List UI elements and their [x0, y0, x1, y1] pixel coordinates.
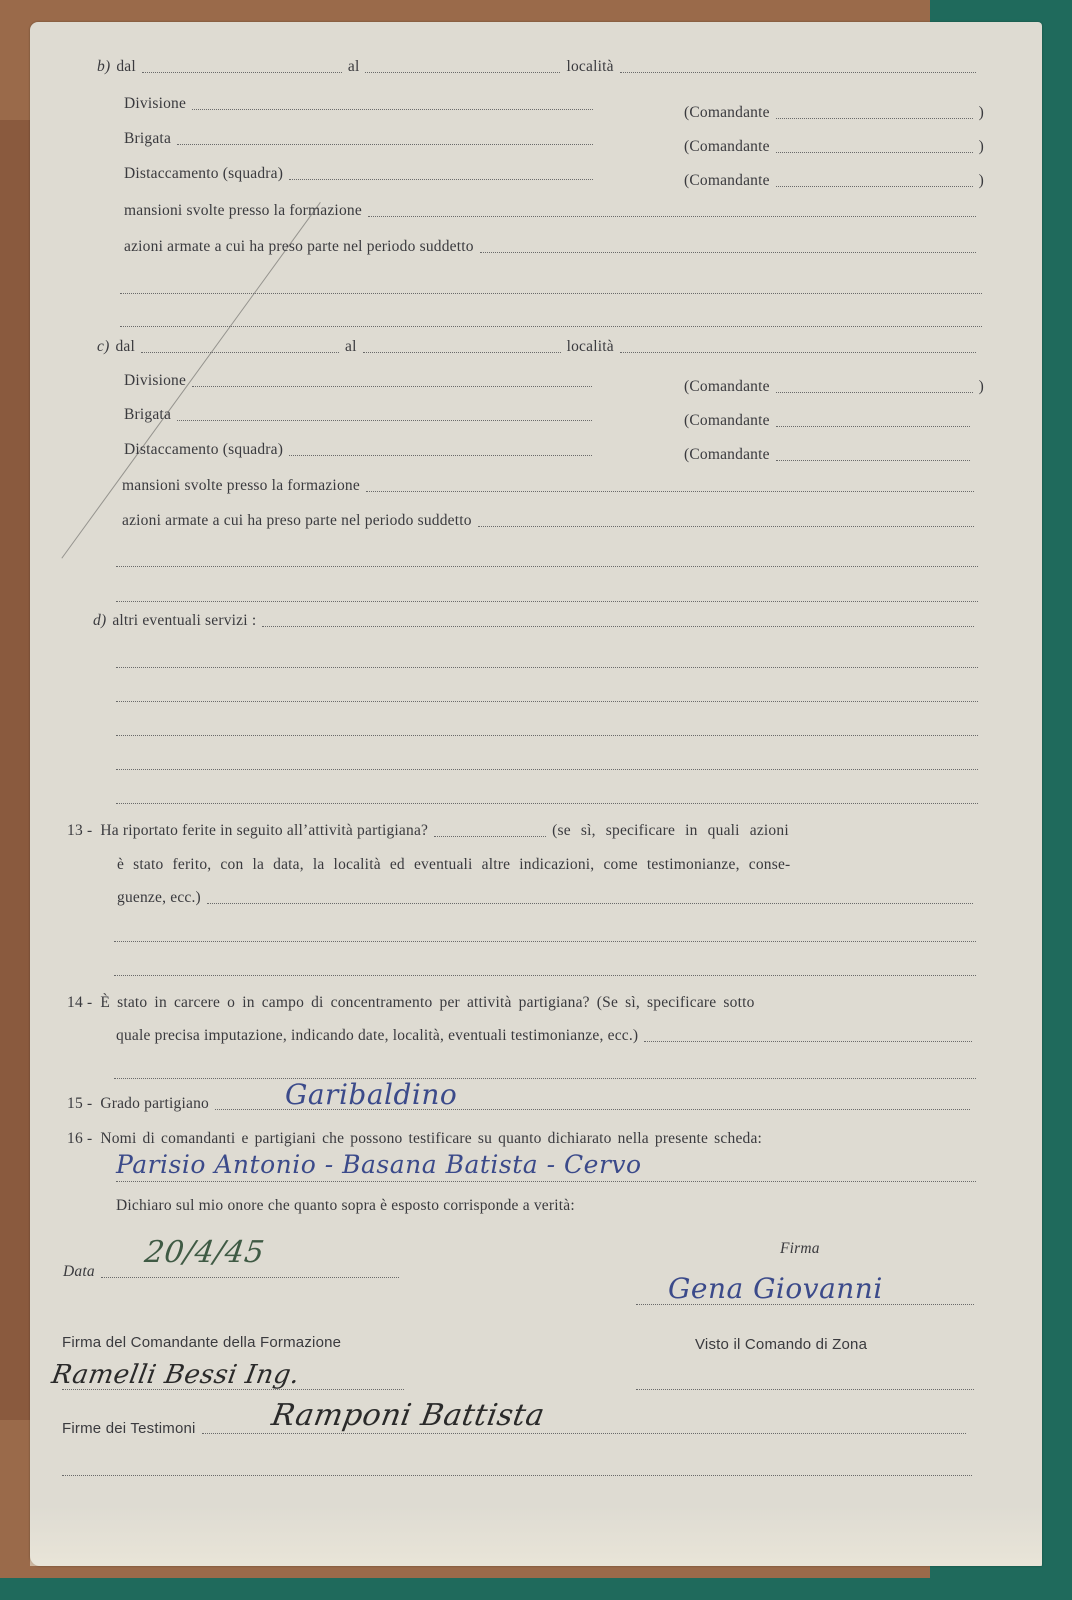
q16-answer-line[interactable]: [116, 1180, 976, 1182]
azioni-label: azioni armate a cui ha preso parte nel p…: [122, 512, 472, 530]
mansioni-label: mansioni svolte presso la formazione: [122, 477, 360, 495]
localita-label: località: [566, 58, 613, 76]
q13-question: Ha riportato ferite in seguito all’attiv…: [100, 822, 428, 840]
section-d-row: d) altri eventuali servizi :: [93, 612, 980, 630]
q16-number: 16 -: [67, 1130, 92, 1148]
data-handwritten-value: 20/4/45: [143, 1235, 267, 1270]
servizi-line[interactable]: [116, 666, 978, 668]
wooden-board-edge: [0, 120, 30, 1420]
section-c-mansioni-row: mansioni svolte presso la formazione: [122, 477, 980, 495]
section-b-period-row: b) dal al località: [97, 58, 982, 76]
q14-question: È stato in carcere o in campo di concent…: [100, 994, 754, 1012]
azioni-extra-line[interactable]: [120, 292, 982, 294]
azioni-extra-line[interactable]: [116, 600, 978, 602]
section-b-divisione-row: Divisione: [124, 95, 599, 113]
al-label: al: [348, 58, 360, 76]
azioni-label: azioni armate a cui ha preso parte nel p…: [124, 238, 474, 256]
section-b-brigata-row: Brigata: [124, 130, 599, 148]
azioni-extra-line[interactable]: [120, 325, 982, 327]
section-d-letter: d): [93, 612, 106, 630]
altri-servizi-field[interactable]: [262, 625, 974, 627]
firma-label: Firma: [780, 1240, 820, 1258]
q14-answer-field[interactable]: [644, 1040, 972, 1042]
testimoni-label: Firme dei Testimoni: [62, 1420, 196, 1437]
comandante-field[interactable]: [776, 391, 973, 393]
divisione-label: Divisione: [124, 372, 186, 390]
testimoni-signature: Ramponi Battista: [269, 1398, 547, 1433]
testimoni-extra-line[interactable]: [62, 1474, 972, 1476]
brigata-label: Brigata: [124, 130, 171, 148]
q13-number: 13 -: [67, 822, 92, 840]
q14-line2: quale precisa imputazione, indicando dat…: [116, 1027, 978, 1045]
mansioni-label: mansioni svolte presso la formazione: [124, 202, 362, 220]
q15-number: 15 -: [67, 1095, 92, 1113]
comandante-label: (Comandante: [684, 412, 770, 430]
azioni-extra-line[interactable]: [116, 565, 978, 567]
q16-handwritten-value: Parisio Antonio - Basana Batista - Cervo: [116, 1150, 642, 1179]
al-field[interactable]: [365, 71, 560, 73]
declaration-text: Dichiaro sul mio onore che quanto sopra …: [116, 1197, 575, 1215]
servizi-line[interactable]: [116, 802, 978, 804]
section-c-distaccamento-row: Distaccamento (squadra): [124, 441, 598, 459]
q13-extra-line[interactable]: [114, 940, 976, 942]
visto-label-row: Visto il Comando di Zona: [695, 1336, 867, 1353]
firma-handwritten-value: Gena Giovanni: [668, 1272, 883, 1305]
section-c-divisione-comandante: (Comandante ): [684, 378, 984, 396]
comandante-formazione-label: Firma del Comandante della Formazione: [62, 1334, 341, 1351]
comandante-field[interactable]: [776, 185, 973, 187]
section-b-distaccamento-comandante: (Comandante ): [684, 172, 984, 190]
divisione-field[interactable]: [192, 108, 593, 110]
azioni-field[interactable]: [480, 251, 976, 253]
section-c-period-row: c) dal al località: [97, 338, 982, 356]
close-paren: ): [979, 104, 984, 122]
q13-instructions-cont: è stato ferito, con la data, la località…: [117, 856, 790, 874]
section-c-azioni-row: azioni armate a cui ha preso parte nel p…: [122, 512, 980, 530]
al-field[interactable]: [363, 351, 561, 353]
q13-instructions-end: guenze, ecc.): [117, 889, 201, 907]
mansioni-field[interactable]: [368, 215, 976, 217]
divisione-field[interactable]: [192, 385, 592, 387]
comandante-field[interactable]: [776, 151, 973, 153]
comandante-formazione-label-row: Firma del Comandante della Formazione: [62, 1334, 341, 1351]
brigata-field[interactable]: [177, 419, 592, 421]
grado-label: Grado partigiano: [100, 1095, 209, 1113]
grado-handwritten-value: Garibaldino: [285, 1078, 457, 1111]
dal-label: dal: [115, 338, 135, 356]
comandante-field[interactable]: [776, 425, 970, 427]
dal-field[interactable]: [141, 351, 339, 353]
localita-field[interactable]: [620, 351, 976, 353]
dal-label: dal: [116, 58, 136, 76]
data-label: Data: [63, 1263, 95, 1281]
close-paren: ): [979, 378, 984, 396]
q13-line3: guenze, ecc.): [117, 889, 979, 907]
servizi-line[interactable]: [116, 768, 978, 770]
localita-field[interactable]: [620, 71, 976, 73]
distaccamento-label: Distaccamento (squadra): [124, 165, 283, 183]
distaccamento-field[interactable]: [289, 454, 592, 456]
distaccamento-label: Distaccamento (squadra): [124, 441, 283, 459]
close-paren: ): [979, 138, 984, 156]
q14-line1: 14 - È stato in carcere o in campo di co…: [67, 994, 979, 1012]
servizi-line[interactable]: [116, 700, 978, 702]
q13-extra-line[interactable]: [114, 974, 976, 976]
section-c-divisione-row: Divisione: [124, 372, 598, 390]
q15-row: 15 - Grado partigiano: [67, 1095, 976, 1113]
close-paren: ): [979, 172, 984, 190]
section-b-distaccamento-row: Distaccamento (squadra): [124, 165, 599, 183]
section-b-divisione-comandante: (Comandante ): [684, 104, 984, 122]
al-label: al: [345, 338, 357, 356]
dal-field[interactable]: [142, 71, 342, 73]
q13-line2: è stato ferito, con la data, la località…: [117, 856, 979, 874]
q14-number: 14 -: [67, 994, 92, 1012]
comandante-formazione-signature: Ramelli Bessi Ing.: [49, 1360, 302, 1390]
mansioni-field[interactable]: [366, 490, 974, 492]
altri-servizi-label: altri eventuali servizi :: [112, 612, 256, 630]
q14-instructions: quale precisa imputazione, indicando dat…: [116, 1027, 638, 1045]
firma-label-row: Firma: [780, 1240, 820, 1258]
section-c-brigata-row: Brigata: [124, 406, 598, 424]
comandante-label: (Comandante: [684, 446, 770, 464]
section-c-letter: c): [97, 338, 109, 356]
q13-answer-field[interactable]: [434, 835, 546, 837]
q14-extra-line[interactable]: [114, 1077, 976, 1079]
comandante-field[interactable]: [776, 117, 973, 119]
visto-field[interactable]: [636, 1388, 974, 1390]
comandante-label: (Comandante: [684, 104, 770, 122]
section-b-brigata-comandante: (Comandante ): [684, 138, 984, 156]
divisione-label: Divisione: [124, 95, 186, 113]
azioni-field[interactable]: [478, 525, 974, 527]
q16-row: 16 - Nomi di comandanti e partigiani che…: [67, 1130, 979, 1148]
comandante-label: (Comandante: [684, 172, 770, 190]
declaration-label: Dichiaro sul mio onore che quanto sopra …: [116, 1197, 575, 1215]
localita-label: località: [567, 338, 614, 356]
comandante-label: (Comandante: [684, 138, 770, 156]
comandante-label: (Comandante: [684, 378, 770, 396]
q13-details-field[interactable]: [207, 902, 973, 904]
section-b-letter: b): [97, 58, 110, 76]
brigata-field[interactable]: [177, 143, 593, 145]
q16-question: Nomi di comandanti e partigiani che poss…: [100, 1130, 762, 1148]
section-c-brigata-comandante: (Comandante: [684, 412, 976, 430]
data-field[interactable]: [101, 1276, 399, 1278]
section-b-azioni-row: azioni armate a cui ha preso parte nel p…: [124, 238, 982, 256]
servizi-line[interactable]: [116, 734, 978, 736]
comandante-field[interactable]: [776, 459, 970, 461]
distaccamento-field[interactable]: [289, 178, 593, 180]
q13-line1: 13 - Ha riportato ferite in seguito all’…: [67, 822, 979, 840]
visto-label: Visto il Comando di Zona: [695, 1336, 867, 1353]
q13-instructions: (se sì, specificare in quali azioni: [552, 822, 789, 840]
section-b-mansioni-row: mansioni svolte presso la formazione: [124, 202, 982, 220]
section-c-distaccamento-comandante: (Comandante: [684, 446, 976, 464]
brigata-label: Brigata: [124, 406, 171, 424]
